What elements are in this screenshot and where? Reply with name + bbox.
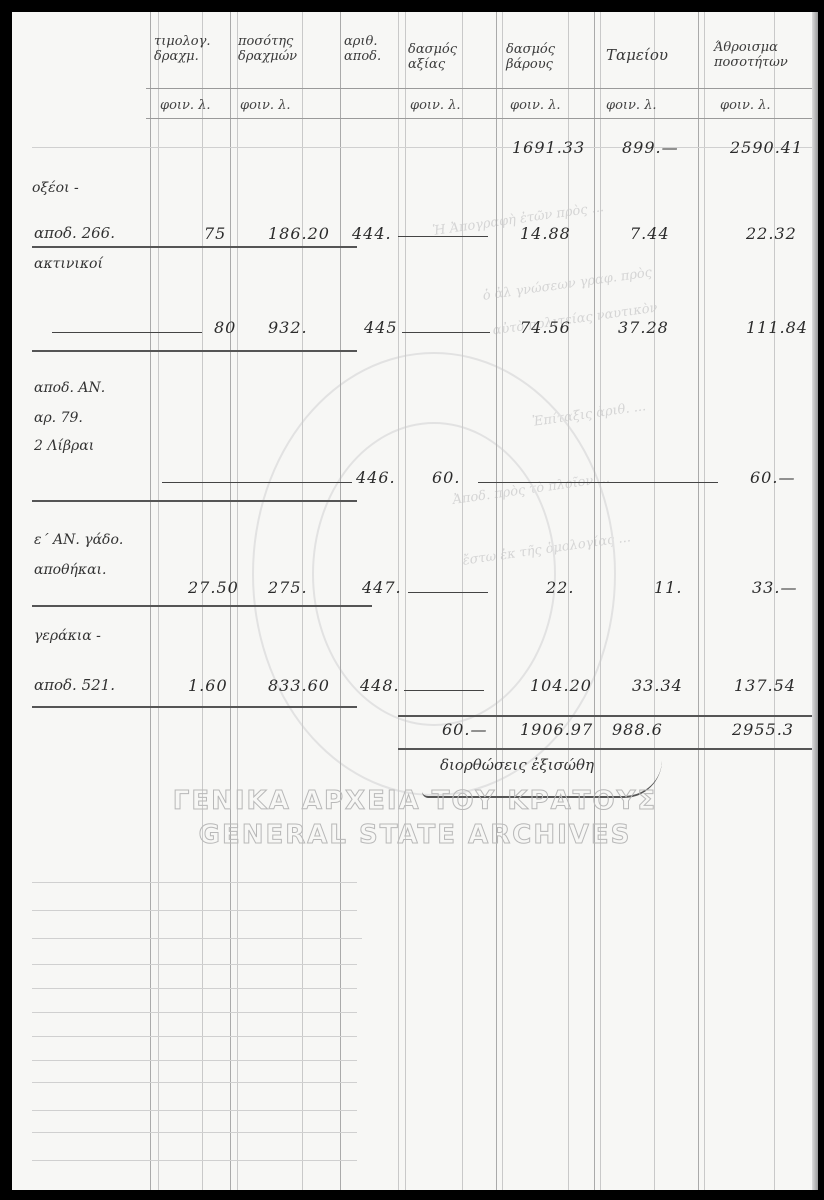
entry-separator bbox=[32, 605, 372, 607]
unit-label: φοιν. λ. bbox=[160, 98, 211, 113]
entry-separator bbox=[32, 706, 357, 708]
column-header: αριθ. αποδ. bbox=[344, 34, 381, 64]
total-dasmos-axias: 60.— bbox=[442, 720, 487, 739]
cell-posotis: 186.20 bbox=[268, 224, 330, 243]
column-header: δασμός αξίας bbox=[408, 42, 457, 72]
unit-label: φοιν. λ. bbox=[510, 98, 561, 113]
carried-athroisma: 2590.41 bbox=[730, 138, 803, 157]
column-rule bbox=[237, 12, 238, 1190]
grid-rule bbox=[32, 1060, 357, 1061]
grid-rule bbox=[32, 882, 357, 883]
cell-dasmos-varous: 22. bbox=[546, 578, 574, 597]
grid-rule bbox=[32, 910, 357, 911]
cell-tameiou: 37.28 bbox=[618, 318, 669, 337]
total-tameiou: 988.6 bbox=[612, 720, 663, 739]
column-rule bbox=[158, 12, 159, 1190]
grid-rule bbox=[32, 1132, 357, 1133]
column-header: Ταμείου bbox=[606, 48, 668, 63]
cell-arith: 444. bbox=[352, 224, 392, 243]
entry-label: αποθήκαι. bbox=[34, 562, 106, 578]
grid-rule bbox=[32, 1012, 357, 1013]
column-rule bbox=[502, 12, 503, 1190]
entry-separator bbox=[32, 500, 357, 502]
cell-posotis: 932. bbox=[268, 318, 308, 337]
unit-label: φοιν. λ. bbox=[240, 98, 291, 113]
carried-tameiou: 899.— bbox=[622, 138, 679, 157]
cell-posotis: 833.60 bbox=[268, 676, 330, 695]
column-rule bbox=[302, 12, 303, 1190]
grid-rule bbox=[32, 964, 357, 965]
column-rule bbox=[654, 12, 655, 1190]
entry-label: αρ. 79. bbox=[34, 410, 83, 426]
unit-label: φοιν. λ. bbox=[606, 98, 657, 113]
column-rule bbox=[230, 12, 231, 1190]
column-rule bbox=[600, 12, 601, 1190]
cell-arith: 447. bbox=[362, 578, 402, 597]
cell-dasmos-varous: 74.56 bbox=[520, 318, 571, 337]
blank-dash bbox=[402, 332, 490, 333]
cell-dasmos-varous: 104.20 bbox=[530, 676, 592, 695]
entry-underline bbox=[32, 246, 357, 248]
unit-label: φοιν. λ. bbox=[720, 98, 771, 113]
cell-arith: 446. bbox=[356, 468, 396, 487]
cell-arith: 445 bbox=[364, 318, 398, 337]
entry-label: ε΄ ΑΝ. γάδο. bbox=[34, 532, 123, 548]
entry-label: αποδ. ΑΝ. bbox=[34, 380, 105, 396]
cell-dasmos-axias: 60. bbox=[432, 468, 460, 487]
totals-top-rule bbox=[398, 715, 818, 717]
grid-rule bbox=[32, 1110, 357, 1111]
archive-watermark-english: GENERAL STATE ARCHIVES bbox=[12, 820, 818, 850]
column-rule bbox=[340, 12, 341, 1190]
grid-rule bbox=[32, 988, 357, 989]
blank-dash bbox=[52, 332, 202, 333]
entry-separator bbox=[32, 350, 357, 352]
column-rule bbox=[398, 12, 399, 1190]
column-rule bbox=[568, 12, 569, 1190]
grid-rule bbox=[32, 1082, 357, 1083]
cell-athroisma: 60.— bbox=[750, 468, 795, 487]
entry-label: οξέοι - bbox=[32, 180, 79, 196]
cell-posotis: 275. bbox=[268, 578, 308, 597]
row-rule bbox=[32, 147, 818, 148]
cell-athroisma: 137.54 bbox=[734, 676, 796, 695]
grid-rule bbox=[32, 938, 362, 939]
column-rule bbox=[774, 12, 775, 1190]
column-header: δασμός βάρους bbox=[506, 42, 555, 72]
column-rule bbox=[462, 12, 463, 1190]
cell-dasmos-varous: 14.88 bbox=[520, 224, 571, 243]
bleed-through-text: Ἡ Ἀπογραφὴ ἐτῶν πρὸς ... bbox=[432, 200, 605, 239]
entry-label: αποδ. 521. bbox=[34, 676, 115, 694]
blank-dash bbox=[398, 236, 488, 237]
column-rule bbox=[150, 12, 151, 1190]
cell-timi: 1.60 bbox=[188, 676, 228, 695]
column-rule bbox=[405, 12, 406, 1190]
entry-label: γεράκια - bbox=[34, 628, 101, 644]
unit-rule bbox=[146, 118, 818, 119]
cell-timi: 27.50 bbox=[188, 578, 239, 597]
archive-watermark-greek: ΓΕΝΙΚΑ ΑΡΧΕΙΑ ΤΟΥ ΚΡΑΤΟΥΣ bbox=[12, 786, 818, 816]
ledger-page: Ἡ Ἀπογραφὴ ἐτῶν πρὸς ... ὁ ἀλ γνώσεων γρ… bbox=[12, 12, 818, 1190]
total-athroisma: 2955.3 bbox=[732, 720, 794, 739]
blank-dash bbox=[162, 482, 352, 483]
cell-timi: 75 bbox=[204, 224, 226, 243]
cell-athroisma: 33.— bbox=[752, 578, 797, 597]
cell-tameiou: 11. bbox=[654, 578, 682, 597]
totals-bottom-rule bbox=[398, 748, 818, 750]
blank-dash bbox=[404, 690, 484, 691]
column-header: τιμολογ. δραχμ. bbox=[154, 34, 211, 64]
entry-label: 2 Λίβραι bbox=[34, 438, 94, 454]
grid-rule bbox=[32, 1160, 357, 1161]
cell-athroisma: 22.32 bbox=[746, 224, 797, 243]
column-header: Άθροισμα ποσοτήτων bbox=[714, 40, 788, 70]
cell-athroisma: 111.84 bbox=[746, 318, 808, 337]
header-rule bbox=[146, 88, 818, 89]
entry-label: ακτινικοί bbox=[34, 256, 103, 272]
entry-label: αποδ. 266. bbox=[34, 224, 115, 242]
cell-tameiou: 33.34 bbox=[632, 676, 683, 695]
column-rule bbox=[594, 12, 595, 1190]
carried-dasmos-varous: 1691.33 bbox=[512, 138, 585, 157]
blank-dash bbox=[408, 592, 488, 593]
cell-tameiou: 7.44 bbox=[630, 224, 670, 243]
column-rule bbox=[698, 12, 699, 1190]
cell-arith: 448. bbox=[360, 676, 400, 695]
total-dasmos-varous: 1906.97 bbox=[520, 720, 593, 739]
blank-dash bbox=[478, 482, 718, 483]
grid-rule bbox=[32, 1036, 357, 1037]
unit-label: φοιν. λ. bbox=[410, 98, 461, 113]
column-rule bbox=[202, 12, 203, 1190]
column-rule bbox=[496, 12, 497, 1190]
cell-timi: 80 bbox=[214, 318, 236, 337]
column-header: ποσότης δραχμών bbox=[238, 34, 297, 64]
page-edge bbox=[812, 12, 818, 1190]
column-rule bbox=[704, 12, 705, 1190]
